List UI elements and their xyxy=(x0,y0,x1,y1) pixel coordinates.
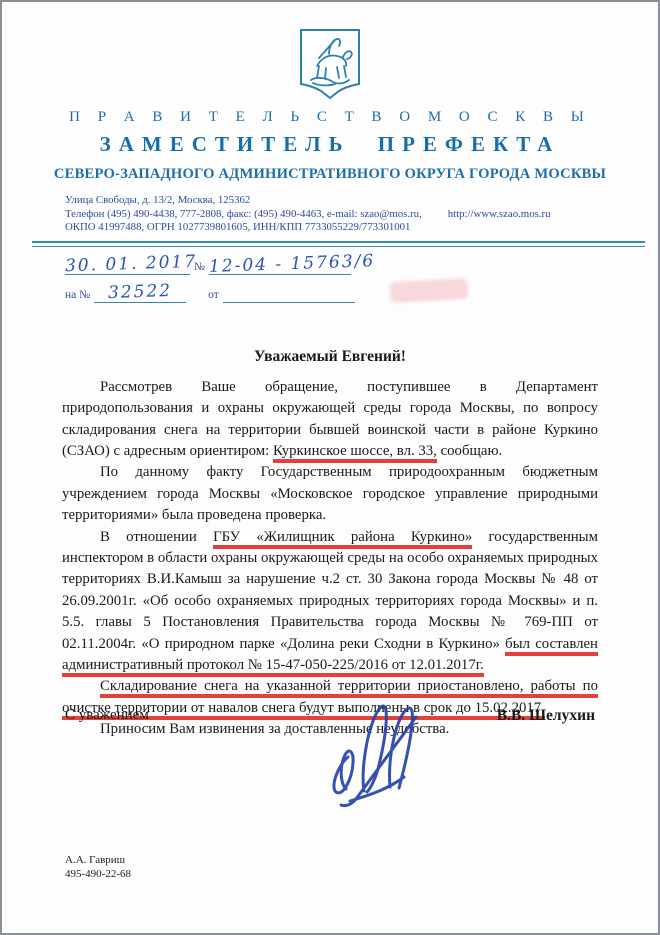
red-underlined-address: Куркинское шоссе, вл. 33, xyxy=(273,443,437,463)
date-field: 30. 01. 2017 xyxy=(65,254,190,275)
reference-block: 30. 01. 2017 № 12-04 - 15763/6 на № 3252… xyxy=(65,254,658,316)
executor-block: А.А. Гавриш 495-490-22-68 xyxy=(65,853,131,881)
incoming-number-field: 32522 xyxy=(94,282,186,303)
incoming-label: на № xyxy=(65,289,90,301)
redaction-smudge xyxy=(390,278,469,303)
government-line: П Р А В И Т Е Л Ь С Т В О М О С К В Ы xyxy=(2,109,658,126)
letter-body: Рассмотрев Ваше обращение, поступившее в… xyxy=(62,377,598,741)
website-url: http://www.szao.mos.ru xyxy=(448,208,551,220)
page-title: ЗАМЕСТИТЕЛЬ ПРЕФЕКТА xyxy=(2,132,658,157)
reference-row-outgoing: 30. 01. 2017 № 12-04 - 15763/6 xyxy=(65,254,351,275)
handwritten-signature-icon xyxy=(320,695,440,813)
executor-phone: 495-490-22-68 xyxy=(65,867,131,881)
paragraph-2: По данному факту Государственным природо… xyxy=(62,462,598,526)
red-underlined-organization: ГБУ «Жилищник района Куркино» xyxy=(213,529,472,549)
district-subtitle: СЕВЕРО-ЗАПАДНОГО АДМИНИСТРАТИВНОГО ОКРУГ… xyxy=(2,166,658,183)
signer-name: В.В. Шелухин xyxy=(497,707,595,725)
address-block: Улица Свободы, д. 13/2, Москва, 125362 Т… xyxy=(65,194,658,235)
handwritten-date: 30. 01. 2017 xyxy=(65,251,198,276)
address-line-3: ОКПО 41997488, ОГРН 1027739801605, ИНН/К… xyxy=(65,221,658,235)
address-line-2: Телефон (495) 490-4438, 777-2808, факс: … xyxy=(65,208,658,222)
paragraph-3: В отношении ГБУ «Жилищник района Куркино… xyxy=(62,527,598,677)
header-divider xyxy=(32,241,645,247)
executor-name: А.А. Гавриш xyxy=(65,853,131,867)
handwritten-number: 12-04 - 15763/6 xyxy=(209,251,376,277)
paragraph-1: Рассмотрев Ваше обращение, поступившее в… xyxy=(62,377,598,463)
reference-row-incoming: на № 32522 от xyxy=(65,282,355,303)
handwritten-incoming-number: 32522 xyxy=(108,281,173,303)
from-date-field xyxy=(223,282,355,303)
from-label: от xyxy=(208,289,219,301)
regards-text: С уважением xyxy=(65,707,149,724)
salutation: Уважаемый Евгений! xyxy=(2,348,658,366)
letter-page: П Р А В И Т Е Л Ь С Т В О М О С К В Ы ЗА… xyxy=(0,0,660,935)
moscow-coat-of-arms-icon xyxy=(299,28,361,100)
outgoing-number-field: 12-04 - 15763/6 xyxy=(209,254,351,275)
address-line-1: Улица Свободы, д. 13/2, Москва, 125362 xyxy=(65,194,658,208)
